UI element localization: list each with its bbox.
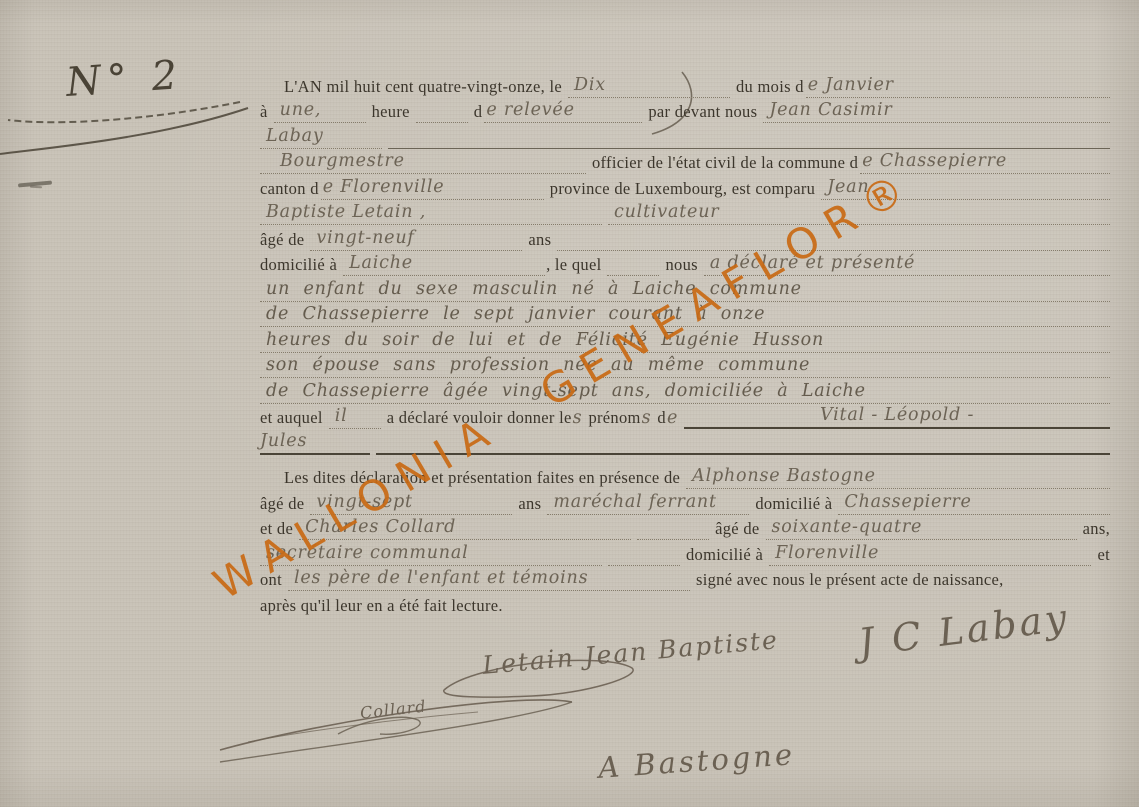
blank-rule (637, 538, 709, 540)
printed-text: , le quel (546, 254, 601, 276)
blank-rule (416, 121, 468, 123)
scanned-birth-record-page: N° 2 L'AN mil huit cent quatre-vingt-onz… (0, 0, 1139, 807)
form-line: domicilié à Laiche , le quel nous a décl… (260, 251, 1110, 277)
printed-text: du mois d (736, 76, 804, 98)
form-line: Jules (260, 429, 1110, 455)
handwritten-witness2-domicile: Florenville (769, 543, 1091, 566)
printed-text: par devant nous (648, 101, 757, 123)
handwritten-canton: e Florenville (321, 177, 544, 200)
form-line: Bourgmestre officier de l'état civil de … (260, 149, 1110, 175)
form-line: canton d e Florenville province de Luxem… (260, 174, 1110, 200)
handwritten-period: e relevée (484, 100, 642, 123)
signature-witness1: A Bastogne (597, 737, 796, 785)
printed-text: domicilié à (260, 254, 337, 276)
form-line: à une, heure d e relevée par devant nous… (260, 98, 1110, 124)
form-line: Baptiste Letain , cultivateur (260, 200, 1110, 226)
form-line: âgé de vingt-neuf ans (260, 225, 1110, 251)
handwritten-act-text: son épouse sans profession née au même c… (260, 355, 1110, 378)
handwritten-letter: e (667, 408, 678, 429)
handwritten-declarant-firstname: Jean (821, 177, 1110, 200)
handwritten-witness1-occupation: maréchal ferrant (547, 492, 749, 515)
handwritten-day: Dix (568, 75, 730, 98)
handwritten-commune: e Chassepierre (860, 151, 1110, 174)
signature-witness2: Collard (359, 697, 427, 723)
handwritten-witness1-age: vingt-sept (310, 492, 512, 515)
handwritten-forename-jules: Jules (260, 431, 370, 455)
signature-declarant: Letain Jean Baptiste (481, 625, 780, 680)
handwritten-month: e Janvier (806, 75, 1110, 98)
printed-text: après qu'il leur en a été fait lecture. (260, 595, 503, 617)
handwritten-witness2-occupation: secrétaire communal (260, 543, 602, 566)
printed-text: Les dites déclaration et présentation fa… (284, 467, 680, 489)
handwritten-domicile: Laiche (343, 253, 545, 276)
form-line: ont les père de l'enfant et témoins sign… (260, 566, 1110, 592)
blank-rule (376, 452, 1110, 455)
form-line: Labay (260, 123, 1110, 149)
act-number-flourish (0, 98, 270, 158)
handwritten-act-text: de Chassepierre le sept janvier courant … (260, 304, 1110, 327)
printed-text: et auquel (260, 407, 323, 429)
printed-text: et de (260, 518, 293, 540)
printed-text: L'AN mil huit cent quatre-vingt-onze, le (284, 76, 562, 98)
printed-text: ans, (1083, 518, 1110, 540)
handwritten-witness2-age: soixante-quatre (766, 517, 1077, 540)
handwritten-declaration: a déclaré et présenté (704, 253, 1110, 276)
printed-text: province de Luxembourg, est comparu (550, 178, 815, 200)
printed-text: domicilié à (686, 544, 763, 566)
form-line: de Chassepierre le sept janvier courant … (260, 302, 1110, 328)
handwritten-witness1-domicile: Chassepierre (838, 492, 1110, 515)
handwritten-plural-s: s (573, 408, 583, 429)
printed-text: officier de l'état civil de la commune d (592, 152, 858, 174)
printed-text: domicilié à (755, 493, 832, 515)
blank-rule (388, 147, 1110, 149)
blank-rule (608, 564, 680, 566)
handwritten-age: vingt-neuf (310, 228, 522, 251)
handwritten-plural-s: s (642, 408, 652, 429)
form-line: un enfant du sexe masculin né à Laiche c… (260, 276, 1110, 302)
printed-text: signé avec nous le présent acte de naiss… (696, 569, 1004, 591)
handwritten-act-text: heures du soir de lui et de Félicité Eug… (260, 330, 1110, 353)
handwritten-declarant-occupation: cultivateur (608, 202, 1110, 225)
form-line: âgé de vingt-sept ans maréchal ferrant d… (260, 489, 1110, 515)
form-line: de Chassepierre âgée vingt-sept ans, dom… (260, 378, 1110, 404)
blank-rule (557, 249, 1110, 251)
handwritten-pronoun: il (329, 406, 381, 429)
printed-text: d (474, 101, 483, 123)
printed-text: a déclaré vouloir donner le (387, 407, 572, 429)
form-line: L'AN mil huit cent quatre-vingt-onze, le… (260, 72, 1110, 98)
ink-smudge (30, 186, 42, 189)
form-line: Les dites déclaration et présentation fa… (260, 464, 1110, 490)
handwritten-witness1-name: Alphonse Bastogne (686, 466, 1110, 489)
printed-text: à (260, 101, 268, 123)
printed-text: âgé de (715, 518, 759, 540)
printed-text: prénom (588, 407, 640, 429)
form-line: secrétaire communal domicilié à Florenvi… (260, 540, 1110, 566)
handwritten-officer-title: Bourgmestre (260, 151, 586, 174)
handwritten-forenames: Vital - Léopold - (684, 405, 1110, 429)
form-line: son épouse sans profession née au même c… (260, 353, 1110, 379)
handwritten-act-text: un enfant du sexe masculin né à Laiche c… (260, 279, 1110, 302)
printed-text: âgé de (260, 229, 304, 251)
printed-text: ans (528, 229, 551, 251)
printed-text: ans (518, 493, 541, 515)
form-body: L'AN mil huit cent quatre-vingt-onze, le… (260, 72, 1110, 617)
form-line: heures du soir de lui et de Félicité Eug… (260, 327, 1110, 353)
handwritten-signatories: les père de l'enfant et témoins (288, 568, 690, 591)
blank-rule (607, 274, 659, 276)
printed-text: canton d (260, 178, 319, 200)
handwritten-hour: une, (274, 100, 366, 123)
handwritten-act-text: de Chassepierre âgée vingt-sept ans, dom… (260, 381, 1110, 404)
form-line: et auquel il a déclaré vouloir donner le… (260, 404, 1110, 430)
handwritten-declarant-name: Baptiste Letain , (260, 202, 602, 225)
printed-text: et (1097, 544, 1110, 566)
printed-text: âgé de (260, 493, 304, 515)
printed-text: ont (260, 569, 282, 591)
form-line: et de Charles Collard âgé de soixante-qu… (260, 515, 1110, 541)
printed-text: heure (372, 101, 410, 123)
printed-text: nous (665, 254, 697, 276)
printed-text: d (657, 407, 666, 429)
handwritten-witness2-name: Charles Collard (299, 517, 631, 540)
handwritten-officer-firstnames: Jean Casimir (763, 100, 1110, 123)
handwritten-officer-surname: Labay (260, 126, 382, 149)
